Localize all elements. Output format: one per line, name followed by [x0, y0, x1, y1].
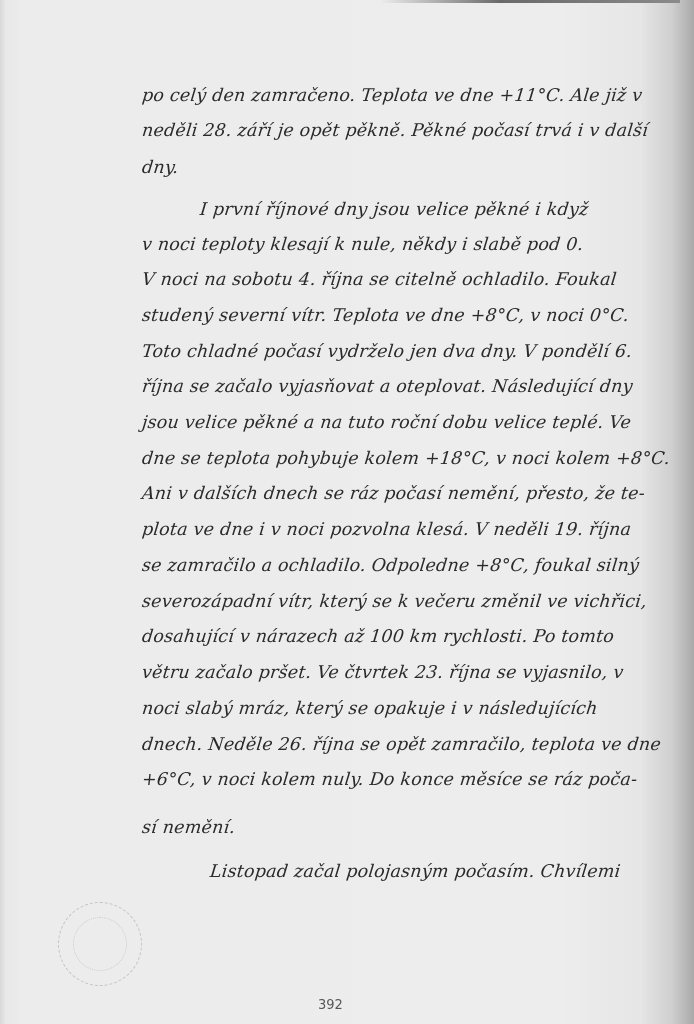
text-line: dnech. Neděle 26. října se opět zamračil…: [141, 735, 694, 755]
text-line: neděli 28. září je opět pěkně. Pěkné poč…: [141, 121, 694, 141]
text-line: v noci teploty klesají k nule, někdy i s…: [141, 235, 694, 255]
scanned-page: po celý den zamračeno. Teplota ve dne +1…: [0, 0, 694, 1024]
text-line: Listopad začal polojasným počasím. Chvíl…: [209, 862, 694, 882]
text-line: noci slabý mráz, který se opakuje i v ná…: [141, 699, 694, 719]
text-line: po celý den zamračeno. Teplota ve dne +1…: [141, 86, 694, 106]
text-line: října se začalo vyjasňovat a oteplovat. …: [141, 377, 694, 397]
text-line: dny.: [141, 158, 694, 178]
text-line: Ani v dalších dnech se ráz počasí nemění…: [141, 484, 694, 504]
text-line: větru začalo pršet. Ve čtvrtek 23. října…: [141, 663, 694, 683]
text-line: sí nemění.: [141, 818, 694, 838]
text-line: jsou velice pěkné a na tuto roční dobu v…: [141, 413, 694, 433]
text-line: V noci na sobotu 4. října se citelně och…: [141, 270, 694, 290]
archive-stamp-icon: [58, 902, 142, 986]
page-number: 392: [318, 998, 343, 1013]
text-line: dosahující v nárazech až 100 km rychlost…: [141, 627, 694, 647]
text-line: se zamračilo a ochladilo. Odpoledne +8°C…: [141, 556, 694, 576]
text-line: dne se teplota pohybuje kolem +18°C, v n…: [141, 449, 694, 469]
scan-top-shadow: [380, 0, 680, 3]
page-left-edge: [0, 0, 6, 1024]
text-line: studený severní vítr. Teplota ve dne +8°…: [141, 306, 694, 326]
text-line: Toto chladné počasí vydrželo jen dva dny…: [141, 342, 694, 362]
text-line: I první říjnové dny jsou velice pěkné i …: [199, 200, 694, 220]
text-line: severozápadní vítr, který se k večeru zm…: [141, 592, 694, 612]
text-line: plota ve dne i v noci pozvolna klesá. V …: [141, 520, 694, 540]
text-line: +6°C, v noci kolem nuly. Do konce měsíce…: [141, 770, 694, 790]
